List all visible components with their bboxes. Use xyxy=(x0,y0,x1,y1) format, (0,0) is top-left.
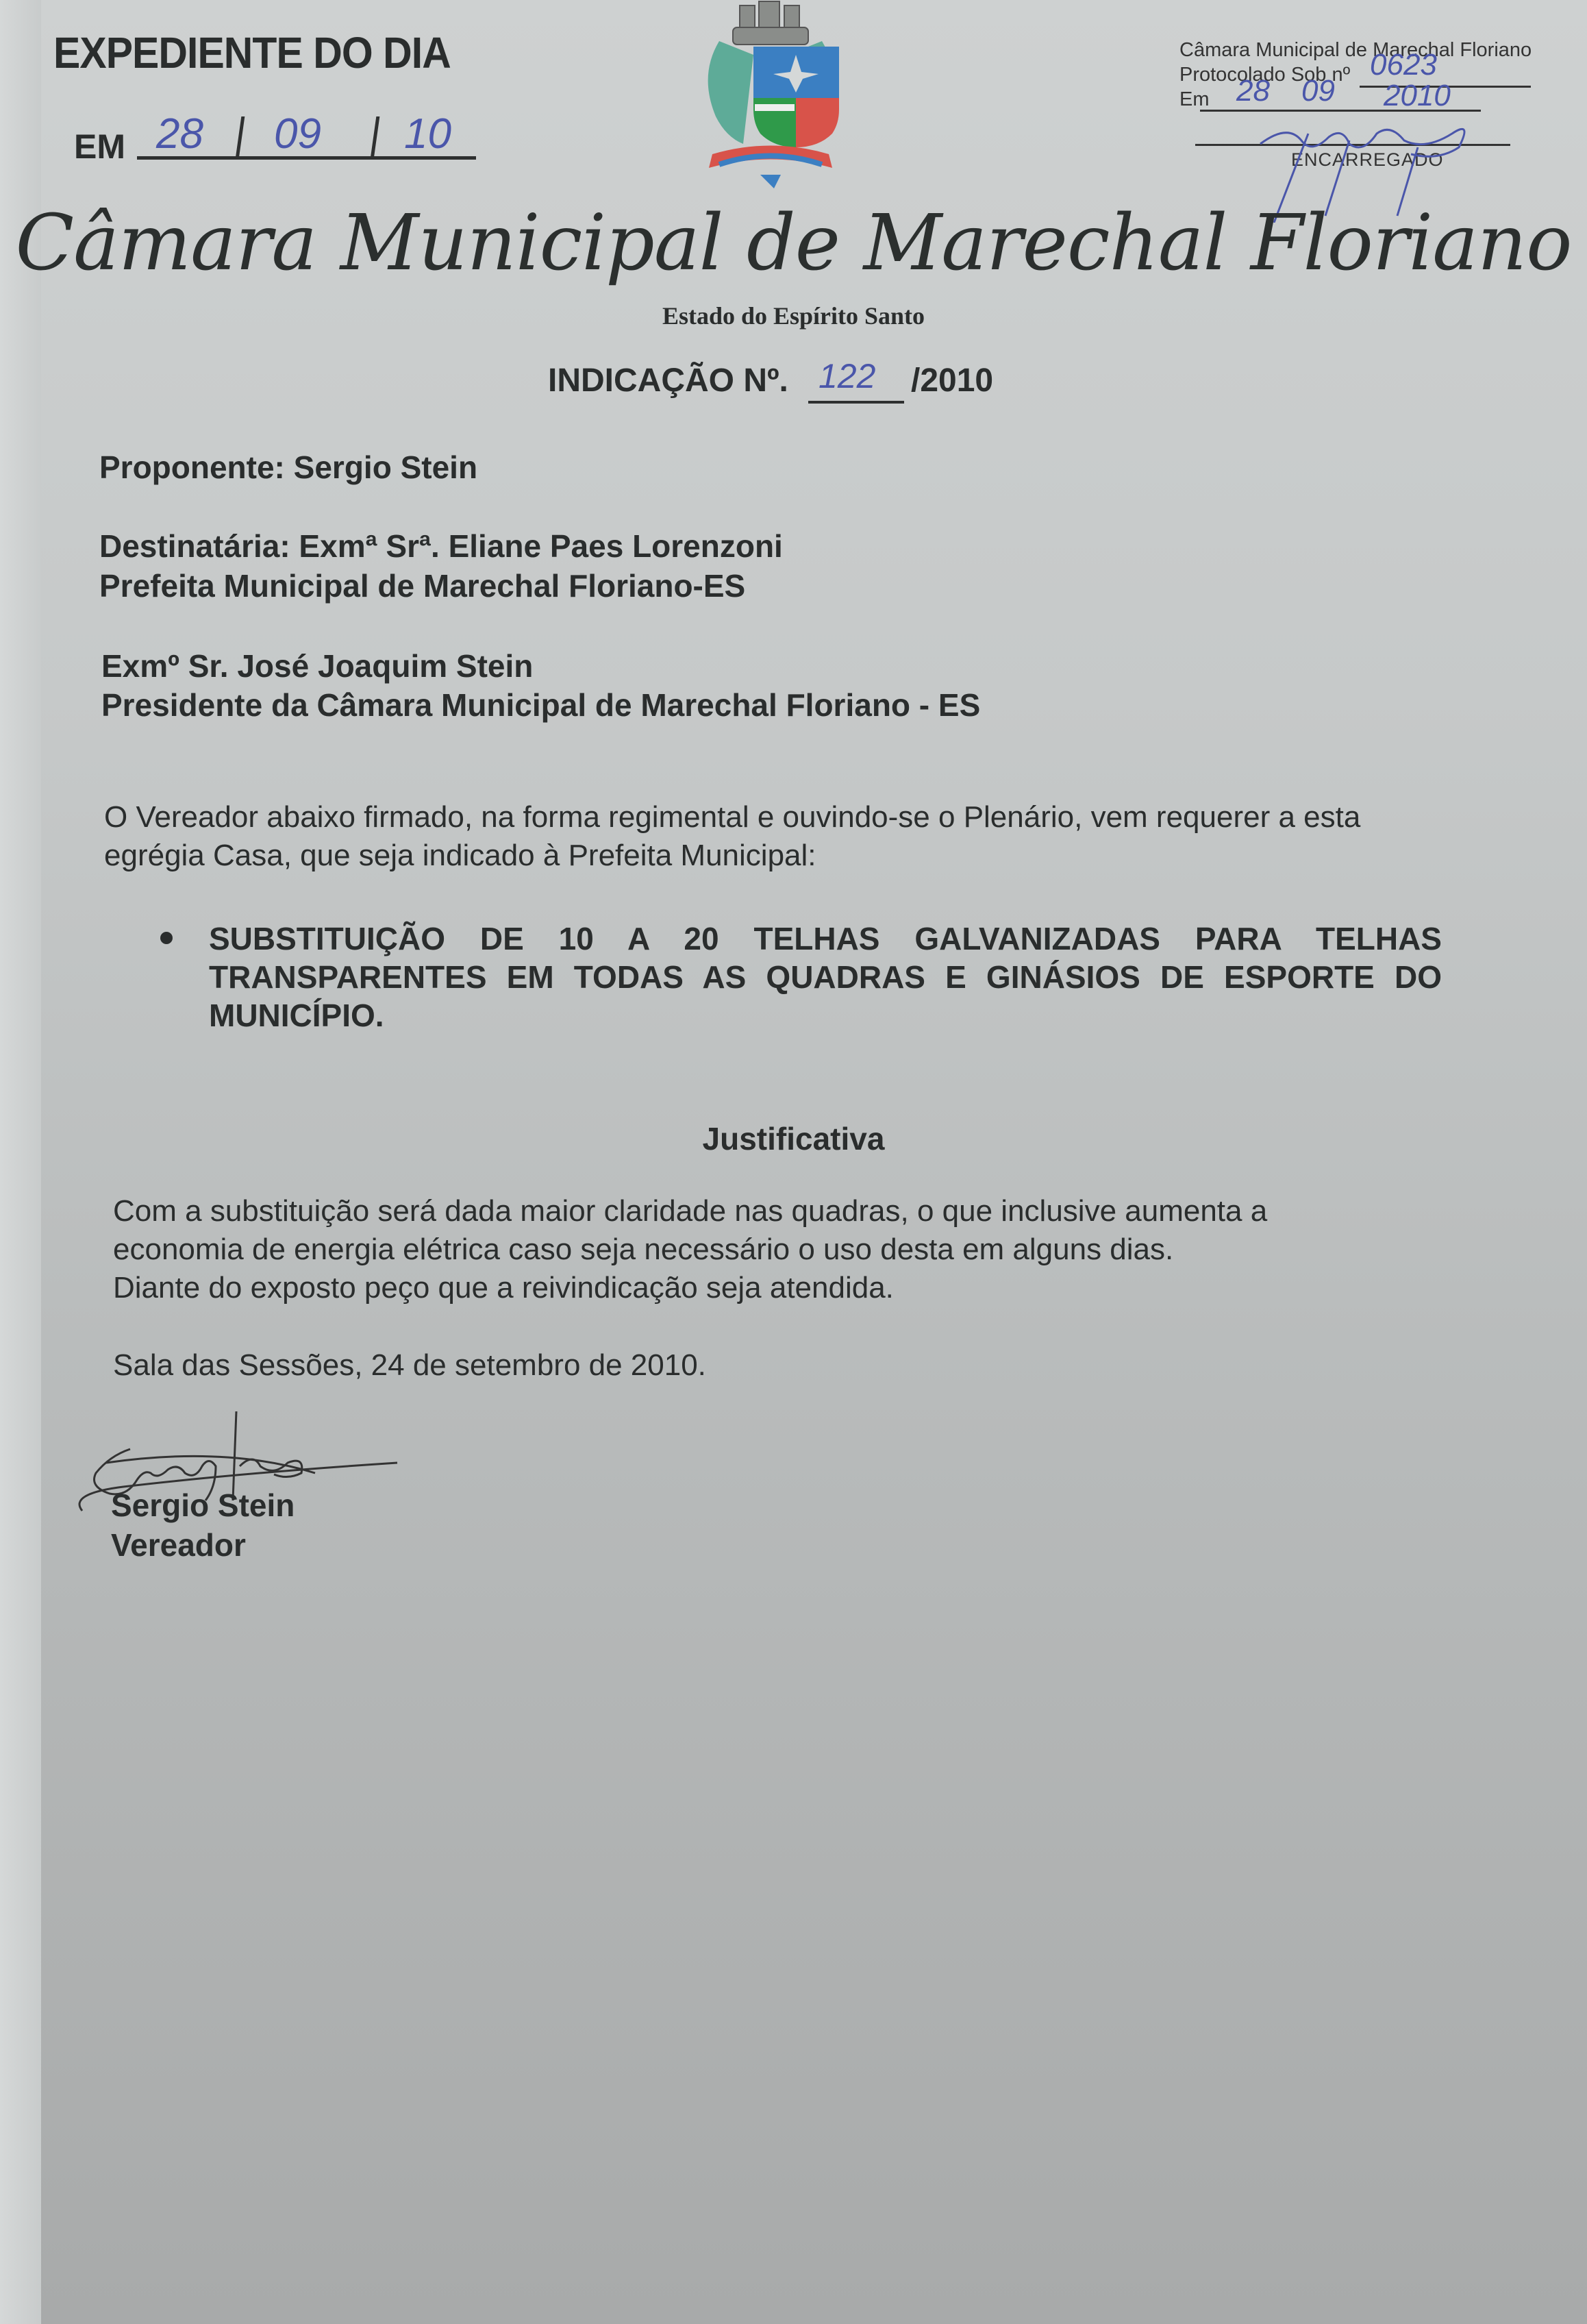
date-separator xyxy=(236,116,245,159)
protocol-day: 28 xyxy=(1236,74,1270,108)
request-item: SUBSTITUIÇÃO DE 10 A 20 TELHAS GALVANIZA… xyxy=(209,919,1442,1035)
destinataria-name: Destinatária: Exmª Srª. Eliane Paes Lore… xyxy=(99,528,783,565)
protocol-number: 0623 xyxy=(1370,48,1437,82)
signatory-role: Vereador xyxy=(111,1525,295,1565)
expediente-month: 09 xyxy=(274,110,321,158)
justification-heading: Justificativa xyxy=(0,1120,1587,1157)
protocol-year: 2010 xyxy=(1384,79,1451,113)
protocol-date-line xyxy=(1200,110,1481,112)
protocol-stamp: Câmara Municipal de Marechal Floriano Pr… xyxy=(1179,38,1532,112)
expediente-year: 10 xyxy=(404,110,451,158)
date-separator xyxy=(371,116,380,159)
protocol-number-label: Protocolado Sob nº xyxy=(1179,62,1532,87)
closing-date: Sala das Sessões, 24 de setembro de 2010… xyxy=(113,1346,706,1385)
page-edge xyxy=(0,0,41,2324)
expediente-stamp-title: EXPEDIENTE DO DIA xyxy=(53,27,451,78)
presidente-title: Presidente da Câmara Municipal de Marech… xyxy=(101,687,980,724)
indicacao-number: 122 xyxy=(819,356,875,396)
indicacao-number-line xyxy=(808,401,904,404)
expediente-em-label: EM xyxy=(74,127,125,166)
protocol-institution: Câmara Municipal de Marechal Floriano xyxy=(1179,38,1532,62)
proponente: Proponente: Sergio Stein xyxy=(99,449,477,486)
protocol-month: 09 xyxy=(1301,74,1335,108)
signatory-name: Sergio Stein xyxy=(111,1485,295,1525)
bullet-icon xyxy=(160,932,173,944)
expediente-day: 28 xyxy=(156,110,203,158)
page-subtitle: Estado do Espírito Santo xyxy=(0,301,1587,330)
justification-line-2: economia de energia elétrica caso seja n… xyxy=(113,1231,1173,1269)
intro-paragraph: O Vereador abaixo firmado, na forma regi… xyxy=(104,798,1447,875)
protocol-date-label: Em xyxy=(1179,87,1532,112)
justification-line-1: Com a substituição será dada maior clari… xyxy=(113,1192,1267,1231)
page-title: Câmara Municipal de Marechal Floriano xyxy=(0,199,1587,288)
indicacao-year: /2010 xyxy=(911,362,993,399)
destinataria-title: Prefeita Municipal de Marechal Floriano-… xyxy=(99,567,745,604)
signatory: Sergio Stein Vereador xyxy=(111,1485,295,1565)
presidente-name: Exmº Sr. José Joaquim Stein xyxy=(101,647,533,684)
coat-of-arms-icon xyxy=(678,0,863,195)
justification-line-3: Diante do exposto peço que a reivindicaç… xyxy=(113,1269,894,1307)
indicacao-label: INDICAÇÃO Nº. xyxy=(548,362,788,399)
